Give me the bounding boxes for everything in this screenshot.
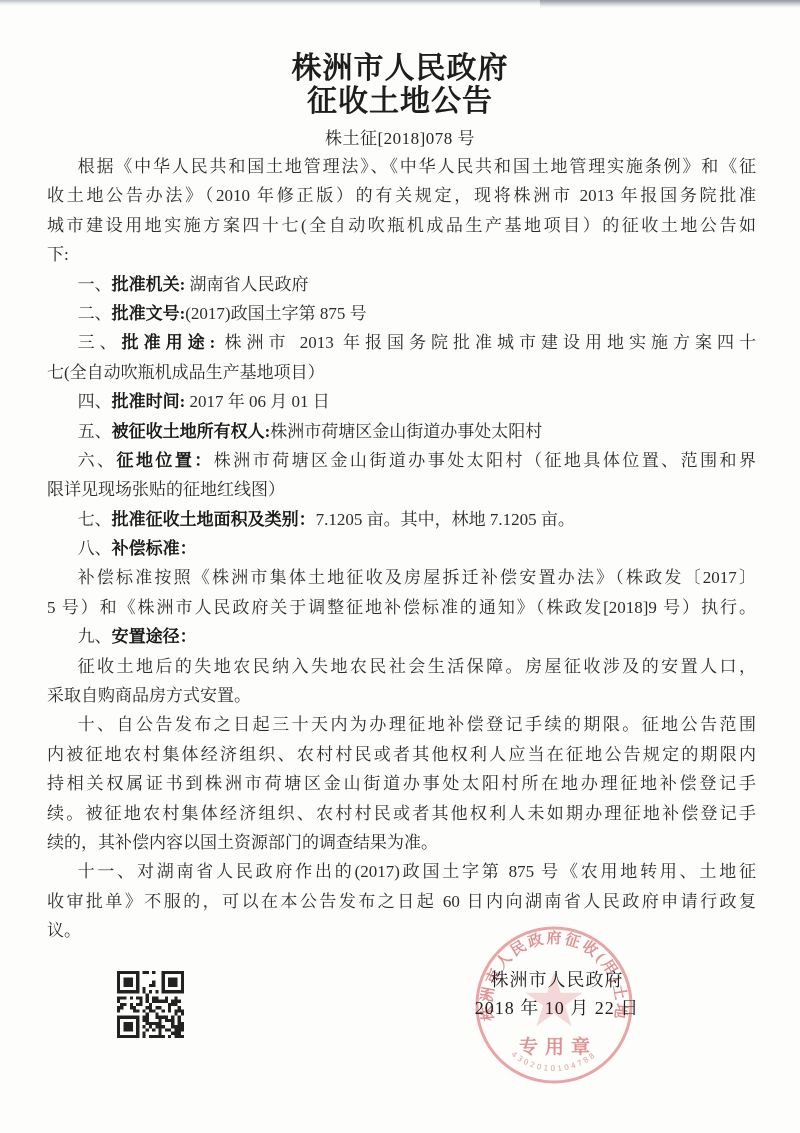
text-segment: 株洲市荷塘区金山街道办事处太阳村（征地具体位置、范围和界 — [214, 451, 756, 470]
text-line: 六、征地位置：株洲市荷塘区金山街道办事处太阳村（征地具体位置、范围和界 — [47, 446, 756, 475]
text-segment: 湖南省人民政府 — [185, 275, 308, 294]
item-label: 批准机关: — [112, 275, 186, 294]
item-label: 批准文号: — [112, 304, 186, 323]
document-page: 株洲市人民政府 征收土地公告 株土征[2018]078 号 根据《中华人民共和国… — [0, 0, 800, 1133]
text-line: 七、批准征收土地面积及类别：7.1205 亩。其中，林地 7.1205 亩。 — [47, 505, 756, 534]
text-segment: 7.1205 亩。其中，林地 7.1205 亩。 — [316, 510, 575, 529]
text-segment: 九、 — [78, 627, 112, 646]
text-line: 城市建设用地实施方案四十七(全自动吹瓶机成品生产基地项目）的征收土地公告如 — [47, 211, 756, 240]
signature-block: 株洲市人民政府 2018 年 10 月 22 日 — [442, 966, 672, 1022]
document-title-line1: 株洲市人民政府 — [0, 52, 800, 85]
text-segment: 续的，其补偿内容以国土资源部门的调查结果为准。 — [47, 833, 438, 852]
text-line: 5 号）和《株洲市人民政府关于调整征地补偿标准的通知》（株政发[2018]9 号… — [47, 593, 756, 622]
text-segment: 六、 — [78, 451, 117, 470]
text-segment: 内被征地农村集体经济组织、农村村民或者其他权利人应当在征地公告规定的期限内 — [47, 745, 756, 764]
text-segment: 2017 年 06 月 01 日 — [185, 392, 330, 411]
item-label: 批准用途: — [122, 333, 216, 352]
text-segment: 续。被征地农村集体经济组织、农村村民或者其他权利人未如期办理征地补偿登记手 — [47, 804, 756, 823]
signature-issuer: 株洲市人民政府 — [442, 966, 672, 994]
text-line: 内被征地农村集体经济组织、农村村民或者其他权利人应当在征地公告规定的期限内 — [47, 740, 756, 769]
text-line: 续的，其补偿内容以国土资源部门的调查结果为准。 — [47, 828, 756, 857]
seal-bottom-label: 专用章 — [519, 1035, 597, 1058]
text-line: 征收土地后的失地农民纳入失地农民社会生活保障。房屋征收涉及的安置人口， — [47, 652, 756, 681]
text-segment: 根据《中华人民共和国土地管理法》、《中华人民共和国土地管理实施条例》和《征 — [78, 157, 756, 176]
text-segment: 二、 — [78, 304, 112, 323]
item-label: 批准征收土地面积及类别： — [112, 510, 316, 529]
text-segment: 征收土地后的失地农民纳入失地农民社会生活保障。房屋征收涉及的安置人口， — [78, 657, 756, 676]
document-header: 株洲市人民政府 征收土地公告 株土征[2018]078 号 — [0, 52, 800, 149]
item-label: 被征收土地所有权人: — [112, 422, 271, 441]
document-body: 根据《中华人民共和国土地管理法》、《中华人民共和国土地管理实施条例》和《征收土地… — [47, 152, 756, 946]
text-line: 七(全自动吹瓶机成品生产基地项目） — [47, 358, 756, 387]
text-segment: 株洲市荷塘区金山街道办事处太阳村 — [270, 422, 542, 441]
text-segment: 城市建设用地实施方案四十七(全自动吹瓶机成品生产基地项目）的征收土地公告如 — [47, 216, 756, 235]
text-line: 一、批准机关: 湖南省人民政府 — [47, 270, 756, 299]
text-segment: 十一、对湖南省人民政府作出的(2017)政国土字第 875 号《农用地转用、土地… — [78, 862, 756, 881]
text-line: 十一、对湖南省人民政府作出的(2017)政国土字第 875 号《农用地转用、土地… — [47, 857, 756, 886]
text-line: 五、被征收土地所有权人:株洲市荷塘区金山街道办事处太阳村 — [47, 417, 756, 446]
text-segment: 议。 — [47, 921, 81, 940]
text-segment: 十、自公告发布之日起三十天内为办理征地补偿登记手续的期限。征地公告范围 — [78, 715, 756, 734]
text-line: 八、补偿标准： — [47, 534, 756, 563]
text-segment: 补偿标准按照《株洲市集体土地征收及房屋拆迁补偿安置办法》（株政发〔2017〕 — [78, 568, 756, 587]
item-label: 安置途径： — [112, 627, 197, 646]
text-line: 根据《中华人民共和国土地管理法》、《中华人民共和国土地管理实施条例》和《征 — [47, 152, 756, 181]
document-title-line2: 征收土地公告 — [0, 85, 800, 118]
item-label: 补偿标准： — [112, 539, 197, 558]
text-segment: 下: — [47, 245, 69, 264]
text-line: 采取自购商品房方式安置。 — [47, 681, 756, 710]
signature-date: 2018 年 10 月 22 日 — [442, 994, 672, 1022]
text-segment: 三、 — [78, 333, 122, 352]
text-line: 九、安置途径： — [47, 622, 756, 651]
text-segment: 七、 — [78, 510, 112, 529]
text-segment: 持相关权属证书到株洲市荷塘区金山街道办事处太阳村所在地办理征地补偿登记手 — [47, 774, 756, 793]
text-line: 补偿标准按照《株洲市集体土地征收及房屋拆迁补偿安置办法》（株政发〔2017〕 — [47, 563, 756, 592]
text-line: 三、批准用途: 株洲市 2013 年报国务院批准城市建设用地实施方案四十 — [47, 328, 756, 357]
text-segment: 五、 — [78, 422, 112, 441]
text-segment: 限详见现场张贴的征地红线图） — [47, 480, 285, 499]
scan-artifact-top-right — [540, 0, 800, 8]
text-segment: 一、 — [78, 275, 112, 294]
text-segment: 收土地公告办法》（2010 年修正版）的有关规定，现将株洲市 2013 年报国务… — [47, 186, 756, 205]
text-segment: (2017)政国土字第 875 号 — [185, 304, 366, 323]
document-number: 株土征[2018]078 号 — [0, 124, 800, 149]
text-line: 二、批准文号:(2017)政国土字第 875 号 — [47, 299, 756, 328]
text-segment: 四、 — [78, 392, 112, 411]
text-segment: 七(全自动吹瓶机成品生产基地项目） — [47, 363, 325, 382]
text-line: 收土地公告办法》（2010 年修正版）的有关规定，现将株洲市 2013 年报国务… — [47, 181, 756, 210]
text-line: 十、自公告发布之日起三十天内为办理征地补偿登记手续的期限。征地公告范围 — [47, 710, 756, 739]
text-segment: 5 号）和《株洲市人民政府关于调整征地补偿标准的通知》（株政发[2018]9 号… — [47, 598, 756, 617]
text-line: 续。被征地农村集体经济组织、农村村民或者其他权利人未如期办理征地补偿登记手 — [47, 799, 756, 828]
text-segment: 采取自购商品房方式安置。 — [47, 686, 251, 705]
text-line: 持相关权属证书到株洲市荷塘区金山街道办事处太阳村所在地办理征地补偿登记手 — [47, 769, 756, 798]
text-line: 四、批准时间: 2017 年 06 月 01 日 — [47, 387, 756, 416]
text-segment: 八、 — [78, 539, 112, 558]
text-line: 下: — [47, 240, 756, 269]
item-label: 批准时间: — [112, 392, 186, 411]
text-segment: 株洲市 2013 年报国务院批准城市建设用地实施方案四十 — [215, 333, 756, 352]
qr-code — [117, 971, 184, 1038]
item-label: 征地位置： — [117, 451, 214, 470]
text-line: 限详见现场张贴的征地红线图） — [47, 475, 756, 504]
